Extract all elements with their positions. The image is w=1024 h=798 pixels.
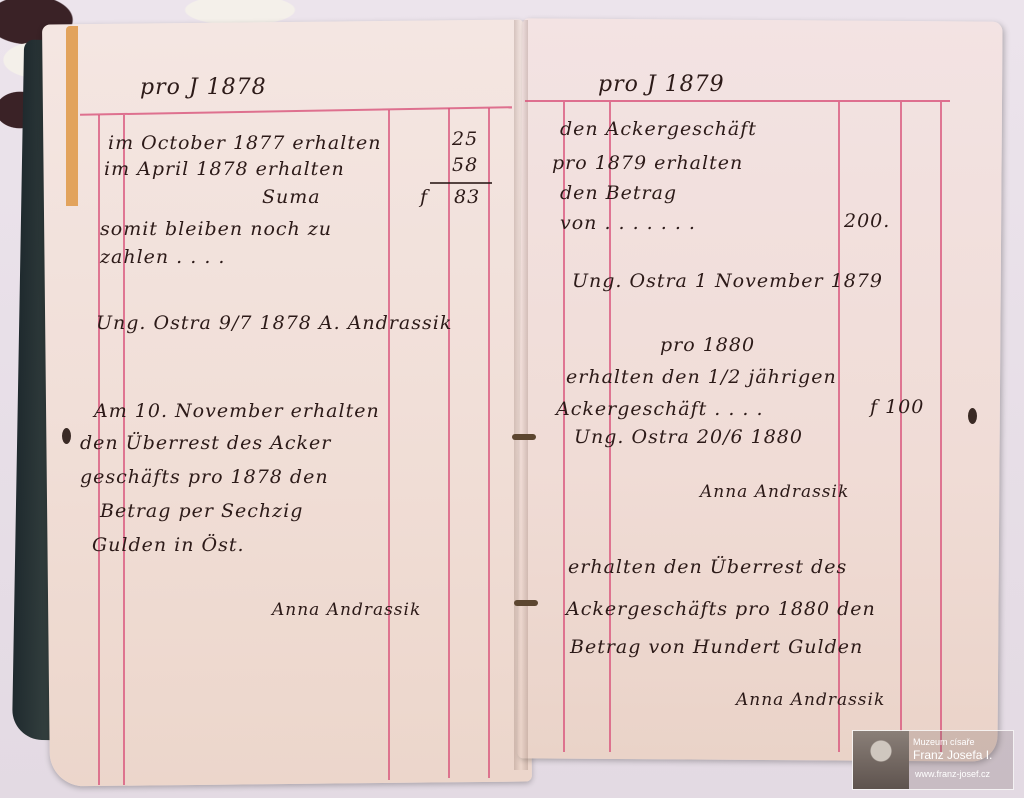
amount: 83 — [454, 186, 480, 208]
handwritten-line: somit bleiben noch zu — [100, 218, 332, 240]
watermark-url: www.franz-josef.cz — [915, 769, 990, 779]
left-column-rule — [388, 110, 390, 780]
handwritten-line: den Ackergeschäft — [560, 118, 757, 140]
handwritten-line: Ung. Ostra 20/6 1880 — [574, 426, 803, 448]
handwritten-line: im April 1878 erhalten — [104, 158, 345, 180]
currency-mark: f — [420, 186, 428, 208]
amount: 25 — [452, 128, 478, 150]
handwritten-line: Ung. Ostra 1 November 1879 — [572, 270, 883, 292]
left-header: pro J 1878 — [140, 75, 267, 100]
handwritten-line: Ung. Ostra 9/7 1878 A. Andrassik — [96, 312, 452, 334]
handwritten-line: pro 1880 — [660, 334, 755, 356]
punch-hole — [968, 408, 977, 424]
handwritten-line: Ackergeschäft . . . . — [556, 398, 764, 420]
signature: Anna Andrassik — [272, 600, 421, 620]
emperor-portrait-icon — [853, 731, 909, 789]
watermark-line2: Franz Josefa I. — [913, 748, 992, 762]
handwritten-line: Betrag von Hundert Gulden — [570, 636, 863, 658]
right-amount-rule-2 — [940, 102, 942, 752]
left-amount-rule-2 — [488, 108, 490, 778]
handwritten-line: geschäfts pro 1878 den — [80, 466, 329, 488]
handwritten-line: im October 1877 erhalten — [108, 132, 381, 154]
handwritten-line: Gulden in Öst. — [92, 534, 245, 556]
handwritten-line: pro 1879 erhalten — [552, 152, 743, 174]
right-header: pro J 1879 — [598, 72, 725, 97]
binding-stitch — [514, 600, 538, 606]
amount: 200. — [844, 210, 890, 232]
museum-watermark: Muzeum císaře Franz Josefa I. www.franz-… — [852, 730, 1014, 790]
amount: 58 — [452, 154, 478, 176]
book-gutter — [514, 20, 528, 770]
left-amount-rule — [448, 108, 450, 778]
handwritten-line: erhalten den 1/2 jährigen — [566, 366, 837, 388]
handwritten-line: Betrag per Sechzig — [100, 500, 303, 522]
signature: Anna Andrassik — [736, 690, 885, 710]
signature: Anna Andrassik — [700, 482, 849, 502]
handwritten-line: Ackergeschäfts pro 1880 den — [566, 598, 876, 620]
handwritten-line: Am 10. November erhalten — [94, 400, 380, 422]
amount: f 100 — [870, 396, 924, 418]
orange-page-edge — [66, 26, 78, 206]
punch-hole — [62, 428, 71, 444]
right-amount-rule — [900, 102, 902, 752]
handwritten-line: zahlen . . . . — [100, 246, 225, 268]
right-header-rule — [525, 100, 950, 102]
handwritten-line: von . . . . . . . — [560, 212, 696, 234]
handwritten-line: erhalten den Überrest des — [568, 556, 847, 578]
watermark-line1: Muzeum císaře — [913, 737, 975, 747]
sum-underline — [430, 182, 492, 184]
binding-stitch — [512, 434, 536, 440]
handwritten-line: Suma — [262, 186, 321, 208]
handwritten-line: den Überrest des Acker — [80, 432, 331, 454]
handwritten-line: den Betrag — [560, 182, 677, 204]
